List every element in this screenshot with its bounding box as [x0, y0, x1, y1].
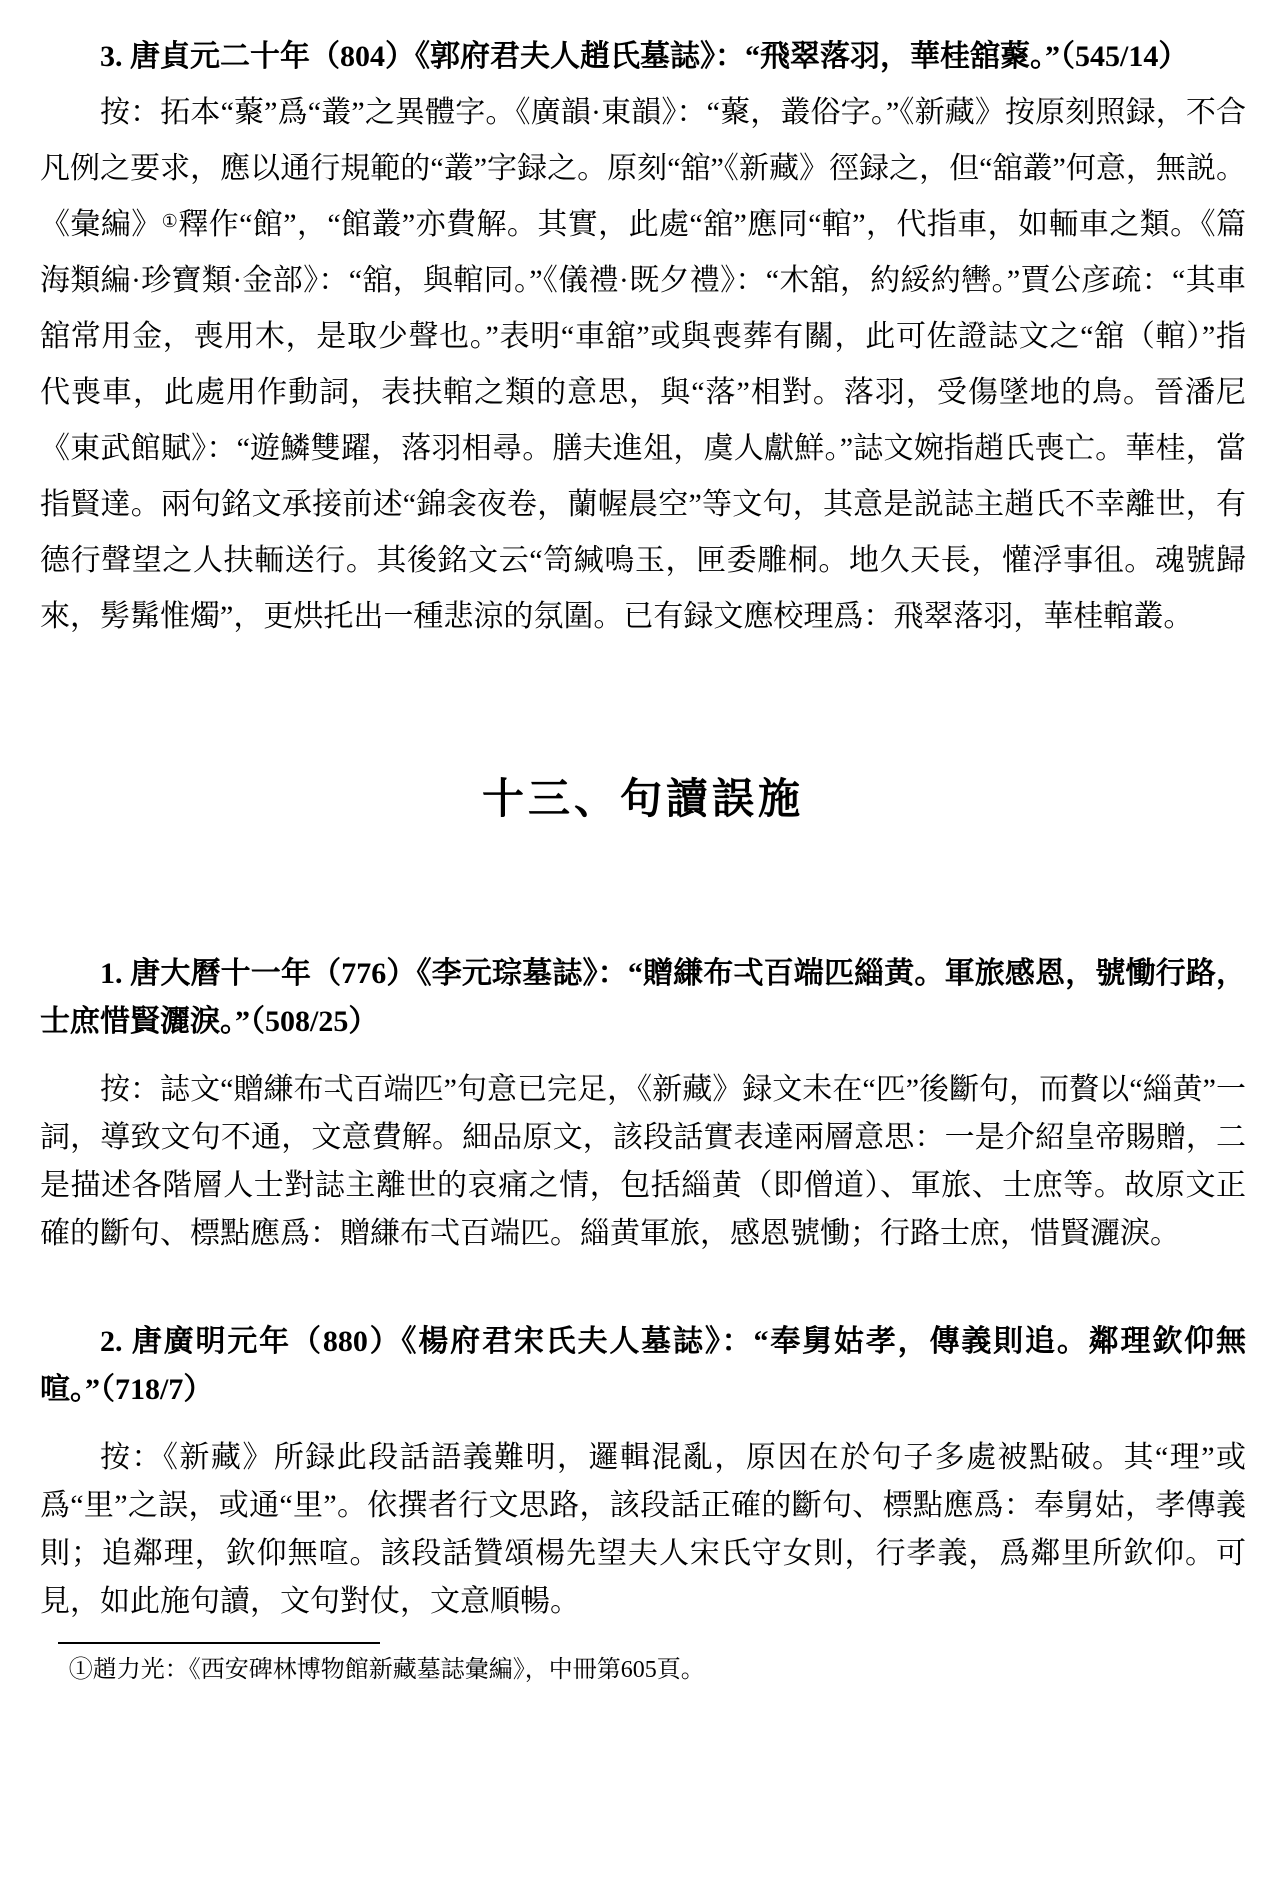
entry-1-heading: 1. 唐大曆十一年（776）《李元琮墓誌》：“贈縑布弌百端匹緇黄。軍旅感恩，號慟… — [40, 950, 1246, 1046]
section-13-title: 十三、句讀誤施 — [40, 771, 1246, 827]
footnote-text: ①趙力光：《西安碑林博物館新藏墓誌彙編》，中冊第605頁。 — [40, 1652, 1246, 1688]
entry-2-annotation: 按：《新藏》所録此段話語義難明，邏輯混亂，原因在於句子多處被點破。其“理”或爲“… — [40, 1434, 1246, 1626]
entry-1-annotation: 按：誌文“贈縑布弌百端匹”句意已完足，《新藏》録文未在“匹”後斷句，而贅以“緇黄… — [40, 1066, 1246, 1258]
entry-3-annotation: 按：拓本“藂”爲“叢”之異體字。《廣韻·東韻》：“藂，叢俗字。”《新藏》按原刻照… — [40, 85, 1246, 645]
entry-3-annotation-text-after-note: 釋作“館”，“館叢”亦費解。其實，此處“舘”應同“輨”，代指車，如輀車之類。《篇… — [40, 208, 1246, 633]
footnote-block: ①趙力光：《西安碑林博物館新藏墓誌彙編》，中冊第605頁。 — [40, 1642, 1246, 1688]
footnote-divider-rule — [58, 1642, 380, 1644]
entry-2-heading: 2. 唐廣明元年（880）《楊府君宋氏夫人墓誌》：“奉舅姑孝，傳義則追。鄰理欽仰… — [40, 1318, 1246, 1414]
document-page: 3. 唐貞元二十年（804）《郭府君夫人趙氏墓誌》：“飛翠落羽，華桂舘藂。”（5… — [0, 0, 1280, 1893]
footnote-reference-mark: ① — [162, 211, 179, 231]
entry-3-heading: 3. 唐貞元二十年（804）《郭府君夫人趙氏墓誌》：“飛翠落羽，華桂舘藂。”（5… — [40, 28, 1246, 85]
